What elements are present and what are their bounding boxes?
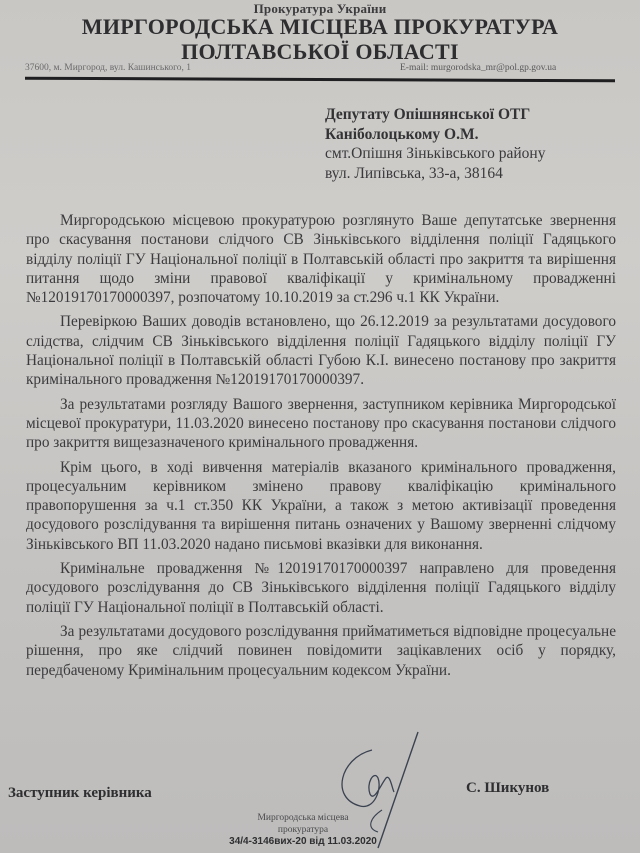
body-paragraph: Перевіркою Ваших доводів встановлено, що… [26, 312, 616, 389]
organization-address: 37600, м. Миргород, вул. Кашинського, 1 [25, 63, 191, 73]
stamp-org-line2: прокуратура [218, 824, 388, 836]
stamp-registration-number: 34/4-3146вих-20 від 11.03.2020 [218, 836, 388, 848]
body-paragraph: Крім цього, в ході вивчення матеріалів в… [26, 458, 616, 554]
organization-email: E-mail: murgorodska_mr@pol.gp.gov.ua [400, 63, 556, 73]
recipient-block: Депутату Опішнянської ОТГ Каніболоцькому… [325, 105, 545, 183]
organization-name: МИРГОРОДСЬКА МІСЦЕВА ПРОКУРАТУРА ПОЛТАВС… [0, 14, 640, 64]
organization-name-line2: ПОЛТАВСЬКОЇ ОБЛАСТІ [0, 39, 640, 64]
letter-body: Миргородською місцевою прокуратурою розг… [26, 211, 616, 685]
recipient-name: Каніболоцькому О.М. [325, 125, 545, 145]
recipient-title: Депутату Опішнянської ОТГ [325, 105, 545, 125]
body-paragraph: За результатами розгляду Вашого зверненн… [26, 395, 616, 453]
stamp-org-line1: Миргородська місцева [218, 812, 388, 824]
signatory-position: Заступник керівника [8, 785, 152, 802]
body-paragraph: За результатами досудового розслідування… [26, 622, 616, 680]
body-paragraph: Миргородською місцевою прокуратурою розг… [26, 211, 616, 307]
recipient-town: смт.Опішня Зіньківського району [325, 144, 545, 164]
letter-page: Прокуратура України МИРГОРОДСЬКА МІСЦЕВА… [0, 0, 640, 853]
registration-stamp: Миргородська місцева прокуратура 34/4-31… [218, 812, 388, 848]
organization-name-line1: МИРГОРОДСЬКА МІСЦЕВА ПРОКУРАТУРА [0, 14, 640, 39]
body-paragraph: Кримінальне провадження №120191701700003… [26, 559, 616, 617]
letterhead-divider [25, 77, 615, 83]
signatory-name: С. Шикунов [466, 780, 549, 797]
recipient-street: вул. Липівська, 33-а, 38164 [325, 164, 545, 184]
